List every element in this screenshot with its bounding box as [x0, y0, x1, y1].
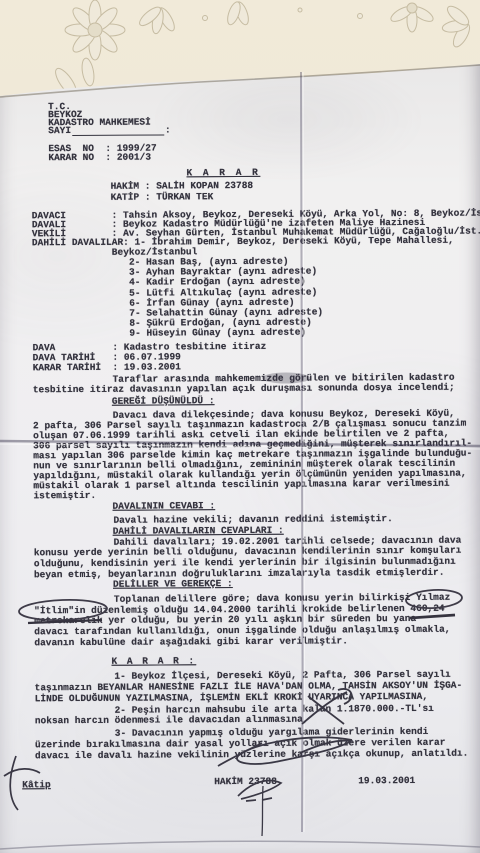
- section-heading-karar: K A R A R :: [111, 656, 196, 666]
- document-text: T.C. BEYKOZ KADASTRO MAHKEMESİ SAYI: ESA…: [0, 0, 480, 853]
- section-heading-geregi-dusunuldu: GEREĞİ DÜŞÜNÜLDÜ :: [112, 396, 215, 406]
- section-heading-davalinin-cevabi: DAVALININ CEVABI :: [112, 501, 215, 511]
- clerk-line: KATİP : TÜRKAN TEK: [111, 192, 214, 202]
- claim-line: istemiştir.: [33, 491, 96, 501]
- judge-line: HAKİM : SALİH KOPAN 23788: [111, 181, 254, 191]
- sayi-label: SAYI: [48, 126, 71, 136]
- evidence-line: davacı tarafından kullanıldığı, onun işg…: [34, 625, 450, 637]
- defense-line: Davalı hazine vekili; davanın reddini is…: [34, 514, 393, 526]
- internal-defense-line: beyan etmiş, beyanlarının doğruluklarını…: [34, 568, 445, 580]
- sayi-rule: [72, 126, 164, 136]
- ruling-line: davacı ile davalı hazine vekilinin yüzle…: [35, 749, 468, 761]
- ruling-line: noksan harcın ödenmesi ile davacıdan alı…: [35, 715, 309, 726]
- footer-judge-label: HAKİM 23788: [214, 777, 277, 787]
- intro-line: tesbitine itiraz davasının yapılan açık …: [33, 383, 455, 395]
- section-heading-deliller-gerekce: DELİLLER VE GEREKÇE :: [113, 579, 233, 589]
- evidence-line: davanın kabulüne dair aşağıdaki gibi kar…: [34, 636, 348, 647]
- document-photo: T.C. BEYKOZ KADASTRO MAHKEMESİ SAYI: ESA…: [0, 0, 480, 853]
- decision-title: K A R A R: [186, 168, 260, 178]
- sayi-colon: :: [165, 125, 171, 135]
- defendant-list-item: 9- Hüseyin Günay (aynı adreste): [32, 328, 306, 339]
- footer-date: 19.03.2001: [358, 776, 415, 786]
- section-heading-dahili-cevaplari: DAHİLİ DAVALILARIN CEVAPLARI :: [113, 526, 284, 537]
- ruling-line: LİNDE OLDUĞUNUN YAZILMASINA, İŞLEMİN EKL…: [35, 692, 428, 704]
- header-sayi: SAYI:: [48, 125, 171, 135]
- footer-clerk-label: Kâtip: [22, 780, 51, 790]
- decision-date-line: KARAR TARİHİ : 19.03.2001: [33, 362, 181, 372]
- karar-no-line: KARAR NO : 2001/3: [48, 153, 151, 163]
